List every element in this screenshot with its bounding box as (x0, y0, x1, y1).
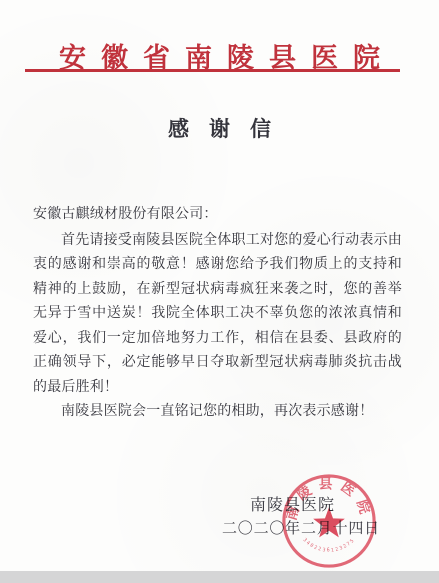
letter-title: 感谢信 (0, 113, 439, 143)
body-paragraph-2: 南陵县医院会一直铭记您的相助，再次表示感谢！ (33, 400, 402, 425)
letterhead-divider-rule (25, 69, 400, 72)
letter-body: 安徽古麒绒材股份有限公司： 首先请接受南陵县医院全体职工对您的爱心行动表示由衷的… (33, 203, 402, 425)
body-paragraph-1: 首先请接受南陵县医院全体职工对您的爱心行动表示由衷的感谢和崇高的敬意！感谢您给予… (33, 229, 402, 401)
seal-serial-number: 3402236123275 (302, 537, 357, 554)
star-icon (313, 507, 345, 537)
salutation-line: 安徽古麒绒材股份有限公司： (33, 203, 402, 228)
scan-bottom-edge-strip (0, 571, 439, 583)
official-round-seal: 南陵县医院 3402236123275 (280, 472, 378, 570)
scanned-letter-page: 安徽省南陵县医院 感谢信 安徽古麒绒材股份有限公司： 首先请接受南陵县医院全体职… (0, 0, 439, 583)
